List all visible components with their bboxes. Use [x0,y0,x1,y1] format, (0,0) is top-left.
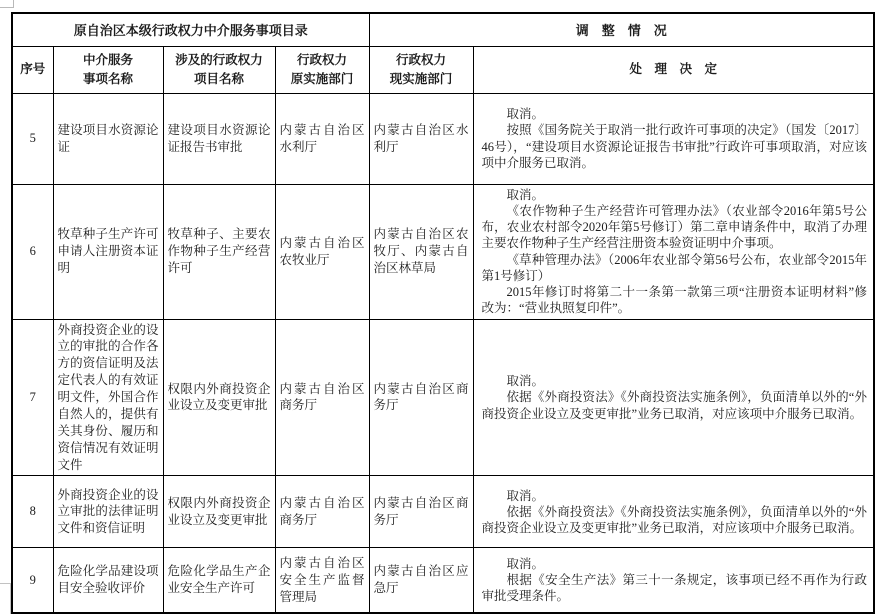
decision-paragraph: 《农作物种子生产经营许可管理办法》（农业部令2016年第5号公布，农业农村部令2… [482,203,867,252]
decision-paragraph: 按照《国务院关于取消一批行政许可事项的决定》（国发〔2017〕46号），“建设项… [482,122,867,171]
group-header-left: 原自治区本级行政权力中介服务事项目录 [12,13,369,46]
current-dept-cell: 内蒙古自治区农牧厅、内蒙古自治区林草局 [369,184,473,319]
table-row: 9 危险化学品建设项目安全验收评价 危险化学品生产企业安全生产许可 内蒙古自治区… [12,548,874,613]
power-item-cell: 建设项目水资源论证报告书审批 [163,93,275,184]
scan-artifact-top-left [0,0,14,8]
decision-paragraph: 依据《外商投资法》《外商投资法实施条例》，负面清单以外的“外商投资企业设立及变更… [482,389,867,422]
group-header-right: 调 整 情 况 [369,13,874,46]
column-header-row: 序号 中介服务 事项名称 涉及的行政权力 项目名称 行政权力 原实施部门 行政权… [12,46,874,93]
decision-cell: 取消。 《农作物种子生产经营许可管理办法》（农业部令2016年第5号公布，农业农… [473,184,874,319]
current-dept-cell: 内蒙古自治区商务厅 [369,319,473,476]
decision-cell: 取消。 依据《外商投资法》《外商投资法实施条例》，负面清单以外的“外商投资企业设… [473,319,874,476]
current-dept-cell: 内蒙古自治区应急厅 [369,548,473,613]
row-number-cell: 9 [12,548,53,613]
service-name-cell: 危险化学品建设项目安全验收评价 [53,548,163,613]
original-dept-cell: 内蒙古自治区商务厅 [275,476,369,548]
col-header-current-dept: 行政权力 现实施部门 [369,46,473,93]
col-header-service-name: 中介服务 事项名称 [53,46,163,93]
service-name-cell: 外商投资企业的设立的审批的合作各方的资信证明及法定代表人的有效证明文件，外国合作… [53,319,163,476]
decision-paragraph: 取消。 [482,488,867,504]
col-header-number: 序号 [12,46,53,93]
table-row: 6 牧草种子生产许可申请人注册资本证明 牧草种子、主要农作物种子生产经营许可 内… [12,184,874,319]
service-name-cell: 建设项目水资源论证 [53,93,163,184]
decision-cell: 取消。 根据《安全生产法》第三十一条规定，该事项已经不再作为行政审批受理条件。 [473,548,874,613]
service-name-cell: 牧草种子生产许可申请人注册资本证明 [53,184,163,319]
page: { "table": { "group_headers": { "left": … [0,0,881,614]
decision-paragraph: 《草种管理办法》（2006年农业部令第56号公布，农业部令2015年第1号修订） [482,252,867,285]
row-number-cell: 7 [12,319,53,476]
original-dept-cell: 内蒙古自治区商务厅 [275,319,369,476]
decision-paragraph: 根据《安全生产法》第三十一条规定，该事项已经不再作为行政审批受理条件。 [482,572,867,605]
row-number-cell: 5 [12,93,53,184]
catalogue-table: 原自治区本级行政权力中介服务事项目录 调 整 情 况 序号 中介服务 事项名称 … [11,12,875,614]
decision-cell: 取消。 按照《国务院关于取消一批行政许可事项的决定》（国发〔2017〕46号），… [473,93,874,184]
service-name-cell: 外商投资企业的设立审批的法律证明文件和资信证明 [53,476,163,548]
table-row: 8 外商投资企业的设立审批的法律证明文件和资信证明 权限内外商投资企业设立及变更… [12,476,874,548]
power-item-cell: 权限内外商投资企业设立及变更审批 [163,476,275,548]
row-number-cell: 8 [12,476,53,548]
col-header-decision: 处 理 决 定 [473,46,874,93]
original-dept-cell: 内蒙古自治区水利厅 [275,93,369,184]
power-item-cell: 危险化学品生产企业安全生产许可 [163,548,275,613]
table-row: 5 建设项目水资源论证 建设项目水资源论证报告书审批 内蒙古自治区水利厅 内蒙古… [12,93,874,184]
decision-paragraph: 依据《外商投资法》《外商投资法实施条例》，负面清单以外的“外商投资企业设立及变更… [482,504,867,537]
group-header-row: 原自治区本级行政权力中介服务事项目录 调 整 情 况 [12,13,874,46]
original-dept-cell: 内蒙古自治区农牧业厅 [275,184,369,319]
col-header-original-dept: 行政权力 原实施部门 [275,46,369,93]
decision-paragraph: 取消。 [482,556,867,572]
decision-paragraph: 取消。 [482,187,867,203]
current-dept-cell: 内蒙古自治区水利厅 [369,93,473,184]
power-item-cell: 牧草种子、主要农作物种子生产经营许可 [163,184,275,319]
decision-paragraph: 取消。 [482,373,867,389]
document-table-container: 原自治区本级行政权力中介服务事项目录 调 整 情 况 序号 中介服务 事项名称 … [11,12,875,614]
decision-paragraph: 取消。 [482,106,867,122]
col-header-power-item: 涉及的行政权力 项目名称 [163,46,275,93]
decision-paragraph: 2015年修订时将第二十一条第一款第三项“注册资本证明材料”修改为：“营业执照复… [482,284,867,317]
row-number-cell: 6 [12,184,53,319]
decision-cell: 取消。 依据《外商投资法》《外商投资法实施条例》，负面清单以外的“外商投资企业设… [473,476,874,548]
power-item-cell: 权限内外商投资企业设立及变更审批 [163,319,275,476]
current-dept-cell: 内蒙古自治区商务厅 [369,476,473,548]
original-dept-cell: 内蒙古自治区安全生产监督管理局 [275,548,369,613]
table-row: 7 外商投资企业的设立的审批的合作各方的资信证明及法定代表人的有效证明文件，外国… [12,319,874,476]
